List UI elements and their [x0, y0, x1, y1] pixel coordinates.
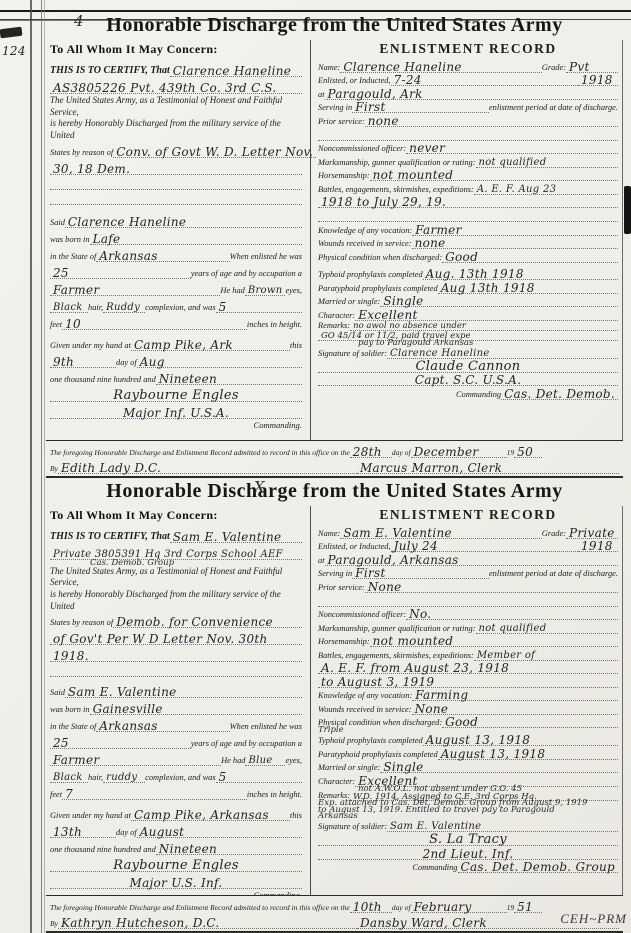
grade-hw: Private [569, 527, 615, 539]
battles-row-2: A. E. F. from August 23, 1918 [318, 661, 618, 675]
physical-label: Physical condition when discharged: [318, 253, 442, 263]
body-line-2: is hereby Honorably Discharged from the … [50, 589, 302, 612]
reason-hw-2: 30, 18 Dem. [53, 163, 130, 175]
given-label: Given under my hand at [50, 341, 131, 351]
commanding-row: Commanding Cas. Det. Demob. Group [318, 860, 618, 874]
paratyphoid-hw: Aug 13th 1918 [441, 282, 535, 294]
commanding-label: Commanding [412, 863, 457, 873]
blank-line [50, 191, 302, 205]
year-hw: Nineteen [159, 843, 217, 855]
eyes-suffix-label: eyes, [285, 286, 302, 296]
enlisted-hw: 7-24 [394, 74, 422, 86]
deputy-clerk-hw: Edith Lady D.C. [61, 462, 161, 474]
month-hw: August [140, 826, 185, 838]
record-strip-text: The foregoing Honorable Discharge and En… [50, 903, 350, 913]
paratyphoid-row: Paratyphoid prophylaxis completed August… [318, 746, 618, 760]
age-row: 25 years of age and by occupation a [50, 263, 302, 279]
paratyphoid-label: Paratyphoid prophylaxis completed [318, 750, 438, 760]
soldier-signature-label: Signature of soldier: [318, 349, 387, 359]
vocation-label: Knowledge of any vocation: [318, 226, 412, 236]
occupation-row: Farmer He had Blue eyes, [50, 750, 302, 766]
blank-line [50, 663, 302, 677]
marksmanship-row: Marksmanship, gunner qualification or ra… [318, 620, 618, 634]
record-day-of-label: day of [392, 448, 411, 458]
given-row: Given under my hand at Camp Pike, Ark th… [50, 335, 302, 351]
grade-label: Grade: [542, 529, 566, 539]
born-hw: Lafe [93, 233, 121, 245]
physical-row: Physical condition when discharged: Good [318, 715, 618, 729]
scan-ink-blob [624, 186, 631, 234]
name-hw: Clarence Haneline [343, 61, 461, 73]
day-row: 9th day of Aug [50, 352, 302, 368]
reason-row: States by reason of Demob. for Convenien… [50, 612, 302, 628]
clerk-signature-hw: Dansby Ward, Clerk [360, 917, 487, 929]
enlisted-year-hw: 1918 [581, 74, 613, 86]
certificate-title: Honorable Discharge from the United Stat… [106, 480, 562, 502]
born-hw: Gainesville [93, 703, 163, 715]
nco-hw: No. [409, 608, 431, 620]
reason-row: States by reason of Conv. of Govt W. D. … [50, 142, 302, 158]
record-strip: The foregoing Honorable Discharge and En… [46, 440, 623, 478]
marksmanship-hw: not qualified [479, 624, 547, 634]
title-row: X Honorable Discharge from the United St… [46, 480, 623, 506]
month-hw: Aug [140, 356, 165, 368]
reason-hw-3: 1918. [53, 650, 89, 662]
discharge-column: To All Whom It May Concern: THIS IS TO C… [46, 40, 310, 440]
record-strip: The foregoing Honorable Discharge and En… [46, 895, 623, 933]
record-year-printed: 19 [507, 448, 515, 458]
nco-row: Noncommissioned officer: No. [318, 607, 618, 621]
marksmanship-label: Marksmanship, gunner qualification or ra… [318, 624, 476, 634]
serving-suffix-label: enlistment period at date of discharge. [489, 569, 618, 579]
officer-signature-hw: Raybourne Engles [113, 389, 239, 402]
service-number-hw: AS3805226 Pvt. 439th Co. 3rd C.S. [53, 82, 277, 94]
typhoid-hw: Aug. 13th 1918 [426, 268, 524, 280]
soldier-name-hw: Sam E. Valentine [173, 531, 282, 543]
height-inches-hw: 10 [65, 318, 81, 330]
married-row: Married or single: Single [318, 760, 618, 774]
soldier-signature-label: Signature of soldier: [318, 822, 387, 832]
age-suffix-label: years of age and by occupation a [191, 739, 302, 749]
commander-signature-hw: Claude Cannon [416, 360, 521, 373]
eyes-hw: Brown [248, 286, 283, 296]
certificate-columns: To All Whom It May Concern: THIS IS TO C… [46, 40, 623, 440]
occupation-hw: Farmer [53, 754, 99, 766]
blank-line [318, 127, 618, 141]
certificate-columns: To All Whom It May Concern: THIS IS TO C… [46, 506, 623, 895]
blank-line [318, 593, 618, 607]
prior-service-label: Prior service: [318, 117, 365, 127]
handwritten-annotation: 4 [74, 12, 84, 30]
remarks-hw-1: no awol no absence under [353, 322, 466, 331]
vocation-label: Knowledge of any vocation: [318, 691, 412, 701]
age-hw: 25 [53, 267, 69, 279]
day-of-label: day of [116, 828, 137, 838]
battles-hw-3: to August 3, 1919 [321, 676, 434, 688]
by-label: By [50, 919, 58, 929]
prior-service-row: Prior service: None [318, 579, 618, 593]
vocation-row: Knowledge of any vocation: Farmer [318, 222, 618, 236]
hair-suffix-label: hair, [88, 773, 103, 783]
age-row: 25 years of age and by occupation a [50, 733, 302, 749]
body-line-2: is hereby Honorably Discharged from the … [50, 118, 302, 141]
paratyphoid-hw: August 13, 1918 [441, 748, 546, 760]
column-divider [310, 40, 311, 440]
eyes-suffix-label: eyes, [285, 756, 302, 766]
typhoid-label: Typhoid prophylaxis completed [318, 736, 423, 746]
salutation: To All Whom It May Concern: [50, 508, 302, 523]
soldier-signature-hw: Sam E. Valentine [390, 822, 481, 832]
serving-label: Serving in [318, 569, 352, 579]
reason-row-2: of Gov't Per W D Letter Nov. 30th [50, 629, 302, 645]
officer-signature-row: Raybourne Engles [50, 386, 302, 402]
enlisted-year-hw: 1918 [581, 540, 613, 552]
said-row: Said Sam E. Valentine [50, 682, 302, 698]
typhoid-row: Typhoid prophylaxis completed Aug. 13th … [318, 267, 618, 281]
certificate-haneline: 4 Honorable Discharge from the United St… [46, 14, 623, 478]
service-number-row: Private 3805391 Hq 3rd Corps School AEF [50, 544, 302, 560]
occupation-row: Farmer He had Brown eyes, [50, 280, 302, 296]
commanding-unit-hw: Cas. Det. Demob. Group [461, 861, 616, 873]
body-line-1: The United States Army, as a Testimonial… [50, 566, 302, 589]
commander-title-row: 2nd Lieut. Inf. [318, 846, 618, 860]
hair-suffix-label: hair, [88, 303, 103, 313]
age-suffix-label: years of age and by occupation a [191, 269, 302, 279]
married-row: Married or single: Single [318, 294, 618, 308]
record-strip-line-1: The foregoing Honorable Discharge and En… [50, 898, 619, 913]
scan-smudge [0, 27, 22, 39]
character-label: Character: [318, 777, 355, 787]
record-day-of-label: day of [392, 903, 411, 913]
grade-label: Grade: [542, 63, 566, 73]
wounds-row: Wounds received in service: None [318, 701, 618, 715]
certificate-title: Honorable Discharge from the United Stat… [106, 14, 562, 36]
battles-label: Battles, engagements, skirmishes, expedi… [318, 185, 474, 195]
commander-title-hw: Capt. S.C. U.S.A. [415, 374, 521, 386]
paratyphoid-row: Paratyphoid prophylaxis completed Aug 13… [318, 280, 618, 294]
battles-hw-1: A. E. F. Aug 23 [477, 185, 556, 195]
at-hw: Paragould, Ark [328, 88, 423, 100]
battles-row: Battles, engagements, skirmishes, expedi… [318, 647, 618, 661]
name-row: Name: Clarence Haneline Grade: Pvt [318, 59, 618, 73]
binding-line-thin [44, 0, 45, 933]
officer-title-row: Major U.S. Inf. [50, 873, 302, 889]
blank-line [50, 176, 302, 190]
commanding-row: Commanding Cas. Det. Demob. [318, 386, 618, 400]
complexion-hw: Ruddy [106, 303, 140, 313]
age-hw: 25 [53, 737, 69, 749]
record-strip-text: The foregoing Honorable Discharge and En… [50, 448, 350, 458]
battles-label: Battles, engagements, skirmishes, expedi… [318, 651, 474, 661]
nco-label: Noncommissioned officer: [318, 144, 406, 154]
record-month-hw: December [414, 446, 479, 458]
character-row: Character: Excellent [318, 307, 618, 321]
character-hw: Excellent [358, 309, 417, 321]
enlistment-record-heading: ENLISTMENT RECORD [318, 41, 618, 57]
hair-hw: Black [53, 303, 83, 313]
year-row: one thousand nine hundred and Nineteen [50, 369, 302, 385]
reason-row-2: 30, 18 Dem. [50, 159, 302, 175]
blank-line [318, 208, 618, 222]
by-label: By [50, 464, 58, 474]
day-hw: 13th [53, 826, 82, 838]
column-divider [310, 506, 311, 895]
prior-service-hw: None [368, 581, 402, 593]
wounds-label: Wounds received in service: [318, 239, 412, 249]
officer-signature-hw: Raybourne Engles [113, 859, 239, 872]
physical-hw: Good [445, 251, 478, 263]
born-label: was born in [50, 705, 90, 715]
remarks-label: Remarks: [318, 321, 350, 331]
state-hw: Arkansas [99, 250, 157, 262]
record-year-hw: 51 [517, 901, 533, 913]
day-hw: 9th [53, 356, 74, 368]
enlisted-label: Enlisted, or Inducted, [318, 542, 391, 552]
certificate-valentine: X Honorable Discharge from the United St… [46, 480, 623, 933]
hair-row: Black hair, ruddy complexion, and was 5 [50, 767, 302, 783]
character-hw: Excellent [358, 775, 417, 787]
record-day-hw: 10th [353, 901, 382, 913]
enlisted-hw: July 24 [394, 540, 438, 552]
record-day-hw: 28th [353, 446, 382, 458]
name-hw: Sam E. Valentine [343, 527, 452, 539]
title-row: 4 Honorable Discharge from the United St… [46, 14, 623, 40]
nco-label: Noncommissioned officer: [318, 610, 406, 620]
horsemanship-row: Horsemanship: not mounted [318, 168, 618, 182]
physical-row: Physical condition when discharged: Good [318, 249, 618, 263]
archive-corner-mark: CEH~PRM [560, 911, 627, 927]
horsemanship-label: Horsemanship: [318, 637, 370, 647]
paratyphoid-label: Paratyphoid prophylaxis completed [318, 284, 438, 294]
vocation-hw: Farming [415, 689, 468, 701]
state-label: in the State of [50, 252, 96, 262]
enlistment-record-heading: ENLISTMENT RECORD [318, 507, 618, 523]
married-hw: Single [383, 761, 423, 773]
state-label: in the State of [50, 722, 96, 732]
day-row: 13th day of August [50, 822, 302, 838]
complexion-hw: ruddy [106, 773, 137, 783]
certify-row: THIS IS TO CERTIFY, That Sam E. Valentin… [50, 527, 302, 543]
at-row: at Paragould, Arkansas [318, 552, 618, 566]
inches-label: inches in height. [247, 790, 302, 800]
said-row: Said Clarence Haneline [50, 212, 302, 228]
soldier-signature-row: Signature of soldier: Sam E. Valentine [318, 819, 618, 833]
wounds-label: Wounds received in service: [318, 705, 412, 715]
clerk-signature-hw: Marcus Marron, Clerk [360, 462, 502, 474]
wounds-row: Wounds received in service: none [318, 236, 618, 250]
typhoid-label: Typhoid prophylaxis completed [318, 270, 423, 280]
body-line-1: The United States Army, as a Testimonial… [50, 95, 302, 118]
commanding-label: Commanding [456, 390, 501, 400]
remarks-hw-2: W.D. 1914. Assigned to C.E. 3rd Corps Hq… [353, 793, 537, 802]
certify-label: THIS IS TO CERTIFY, That [50, 65, 170, 77]
year-row: one thousand nine hundred and Nineteen [50, 839, 302, 855]
born-row: was born in Lafe [50, 229, 302, 245]
horsemanship-hw: not mounted [373, 169, 454, 181]
at-hw: Paragould, Arkansas [328, 554, 459, 566]
at-row: at Paragould, Ark [318, 86, 618, 100]
state-hw: Arkansas [99, 720, 157, 732]
soldier-signature-hw: Clarence Haneline [390, 349, 490, 359]
height-inches-hw: 7 [65, 788, 73, 800]
record-strip-line-2: By Edith Lady D.C. Marcus Marron, Clerk [50, 459, 619, 474]
hair-hw: Black [53, 773, 83, 783]
remarks-row: Remarks: no awol no absence under [318, 321, 618, 331]
inches-label: inches in height. [247, 320, 302, 330]
soldier-name-hw: Clarence Haneline [173, 65, 291, 77]
said-label: Said [50, 688, 65, 698]
battles-row-3: to August 3, 1919 [318, 674, 618, 688]
serving-hw: First [355, 101, 385, 113]
nco-hw: never [409, 142, 445, 154]
hair-row: Black hair, Ruddy complexion, and was 5 [50, 297, 302, 313]
height-feet-hw: 5 [219, 771, 227, 783]
commander-signature-row: Claude Cannon [318, 359, 618, 373]
officer-title-hw: Major U.S. Inf. [130, 877, 223, 889]
feet-label: feet [50, 790, 62, 800]
given-row: Given under my hand at Camp Pike, Arkans… [50, 805, 302, 821]
year-hw: Nineteen [159, 373, 217, 385]
name-label: Name: [318, 529, 340, 539]
prior-service-hw: none [368, 115, 399, 127]
name-label: Name: [318, 63, 340, 73]
height-feet-hw: 5 [219, 301, 227, 313]
service-number-hw: Private 3805391 Hq 3rd Corps School AEF [53, 550, 283, 560]
day-of-label: day of [116, 358, 137, 368]
reason-hw-1: Conv. of Govt W. D. Letter Nov. [116, 146, 313, 158]
place-hw: Camp Pike, Arkansas [134, 809, 269, 821]
eyes-hw: Blue [248, 756, 272, 766]
said-label: Said [50, 218, 65, 228]
serving-suffix-label: enlistment period at date of discharge. [489, 103, 618, 113]
marksmanship-row: Marksmanship, gunner qualification or ra… [318, 154, 618, 168]
commander-title-row: Capt. S.C. U.S.A. [318, 373, 618, 387]
typhoid-hw: August 13, 1918 [426, 734, 531, 746]
officer-title-hw: Major Inf. U.S.A. [123, 407, 229, 419]
state-row: in the State of Arkansas When enlisted h… [50, 716, 302, 732]
horsemanship-hw: not mounted [373, 635, 454, 647]
officer-signature-row: Raybourne Engles [50, 856, 302, 872]
deputy-clerk-hw: Kathryn Hutcheson, D.C. [61, 917, 220, 929]
year-prefix-label: one thousand nine hundred and [50, 375, 156, 385]
commander-title-hw: 2nd Lieut. Inf. [423, 848, 514, 860]
reason-label: States by reason of [50, 148, 113, 158]
he-had-label: He had [220, 286, 244, 296]
enlisted-row: Enlisted, or Inducted, July 24 1918 [318, 539, 618, 553]
record-strip-line-2: By Kathryn Hutcheson, D.C. Dansby Ward, … [50, 914, 619, 929]
marksmanship-hw: not qualified [479, 158, 547, 168]
salutation: To All Whom It May Concern: [50, 42, 302, 57]
commanding-label: Commanding. [50, 420, 302, 431]
year-prefix-label: one thousand nine hundred and [50, 845, 156, 855]
enlistment-record-column: ENLISTMENT RECORD Name: Clarence Hanelin… [310, 40, 622, 440]
certify-row: THIS IS TO CERTIFY, That Clarence Haneli… [50, 61, 302, 77]
typhoid-row: Typhoid prophylaxis completed August 13,… [318, 733, 618, 747]
vocation-row: Knowledge of any vocation: Farming [318, 688, 618, 702]
service-number-row: AS3805226 Pvt. 439th Co. 3rd C.S. [50, 78, 302, 94]
battles-row-2: 1918 to July 29, 19. [318, 195, 618, 209]
feet-label: feet [50, 320, 62, 330]
married-label: Married or single: [318, 297, 380, 307]
he-had-label: He had [221, 756, 245, 766]
handwritten-annotation: X [254, 478, 265, 496]
reason-hw-2: of Gov't Per W D Letter Nov. 30th [53, 633, 268, 645]
this-label: this [290, 341, 302, 351]
said-name-hw: Sam E. Valentine [68, 686, 177, 698]
complexion-suffix-label: complexion, and was [145, 773, 215, 783]
wounds-hw: None [415, 703, 449, 715]
prior-service-row: Prior service: none [318, 113, 618, 127]
commander-signature-row: S. La Tracy [318, 832, 618, 846]
binding-lines [30, 0, 42, 933]
enlisted-label: Enlisted, or Inducted, [318, 76, 391, 86]
remarks-hw-2: GO 45/14 or 11/2, paid travel expe [321, 332, 471, 341]
battles-row: Battles, engagements, skirmishes, expedi… [318, 181, 618, 195]
record-strip-line-1: The foregoing Honorable Discharge and En… [50, 443, 619, 458]
when-enlisted-label: When enlisted he was [230, 722, 302, 732]
commanding-unit-hw: Cas. Det. Demob. [504, 388, 615, 400]
name-row: Name: Sam E. Valentine Grade: Private [318, 525, 618, 539]
height-row: feet 10 inches in height. [50, 314, 302, 330]
place-hw: Camp Pike, Ark [134, 339, 233, 351]
reason-hw-1: Demob. for Convenience [116, 616, 273, 628]
born-label: was born in [50, 235, 90, 245]
horsemanship-row: Horsemanship: not mounted [318, 634, 618, 648]
reason-label: States by reason of [50, 618, 113, 628]
margin-page-number: 124 [2, 45, 26, 57]
grade-hw: Pvt [569, 61, 590, 73]
marksmanship-label: Marksmanship, gunner qualification or ra… [318, 158, 476, 168]
when-enlisted-label: When enlisted he was [230, 252, 302, 262]
married-hw: Single [383, 295, 423, 307]
vocation-hw: Farmer [415, 224, 461, 236]
certify-label: THIS IS TO CERTIFY, That [50, 531, 170, 543]
prior-service-label: Prior service: [318, 583, 365, 593]
battles-hw-1: Member of [477, 651, 535, 661]
occupation-hw: Farmer [53, 284, 99, 296]
remarks-row-2: GO 45/14 or 11/2, paid travel expe [318, 331, 618, 341]
horsemanship-label: Horsemanship: [318, 171, 370, 181]
record-month-hw: February [414, 901, 472, 913]
enlisted-row: Enlisted, or Inducted, 7-24 1918 [318, 73, 618, 87]
reason-row-3: 1918. [50, 646, 302, 662]
scanned-discharge-page: 124 4 Honorable Discharge from the Unite… [0, 0, 631, 933]
commander-signature-hw: S. La Tracy [429, 833, 507, 846]
discharge-column: To All Whom It May Concern: THIS IS TO C… [46, 506, 310, 895]
record-year-printed: 19 [507, 903, 515, 913]
this-label: this [290, 811, 302, 821]
married-label: Married or single: [318, 763, 380, 773]
said-name-hw: Clarence Haneline [68, 216, 186, 228]
born-row: was born in Gainesville [50, 699, 302, 715]
serving-row: Serving in First enlistment period at da… [318, 100, 618, 114]
height-row: feet 7 inches in height. [50, 784, 302, 800]
enlistment-record-column: ENLISTMENT RECORD Name: Sam E. Valentine… [310, 506, 622, 895]
record-year-hw: 50 [517, 446, 533, 458]
given-label: Given under my hand at [50, 811, 131, 821]
serving-label: Serving in [318, 103, 352, 113]
state-row: in the State of Arkansas When enlisted h… [50, 246, 302, 262]
serving-hw: First [355, 567, 385, 579]
serving-row: Serving in First enlistment period at da… [318, 566, 618, 580]
physical-hw: Good [445, 716, 478, 728]
wounds-hw: none [415, 237, 446, 249]
battles-hw-2: 1918 to July 29, 19. [321, 196, 446, 208]
character-label: Character: [318, 311, 355, 321]
officer-title-row: Major Inf. U.S.A. [50, 403, 302, 419]
battles-hw-2: A. E. F. from August 23, 1918 [321, 662, 509, 674]
nco-row: Noncommissioned officer: never [318, 141, 618, 155]
